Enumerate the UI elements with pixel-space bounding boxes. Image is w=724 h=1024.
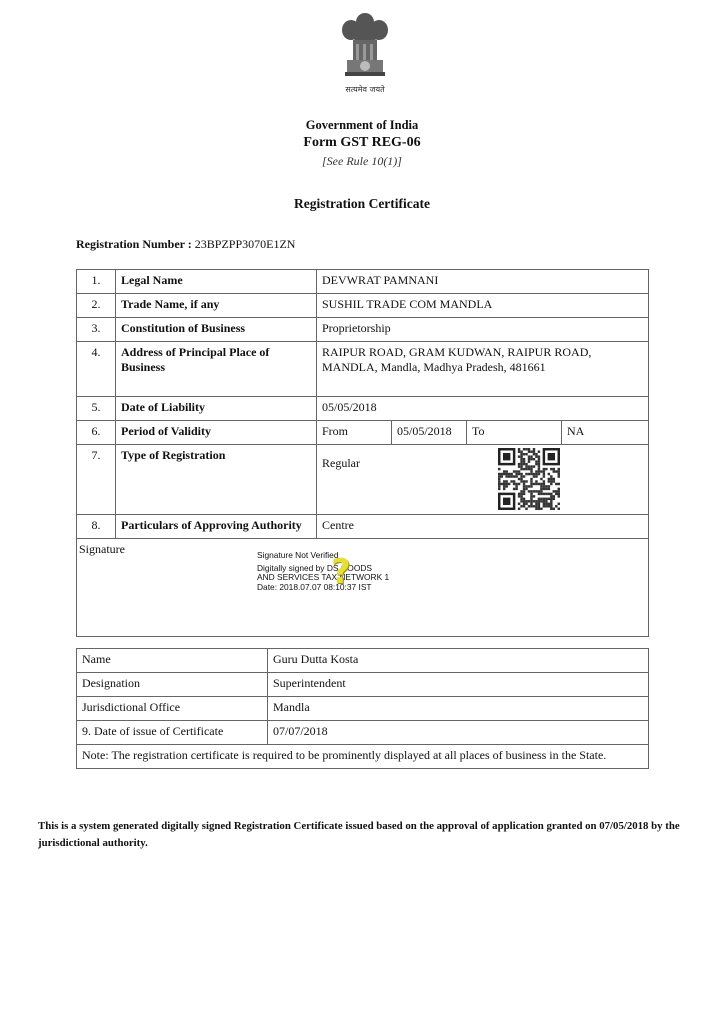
row-number: 2. <box>77 294 116 318</box>
row-number: 3. <box>77 318 116 342</box>
row-label: Constitution of Business <box>116 318 317 342</box>
rule-reference: [See Rule 10(1)] <box>0 154 724 169</box>
row-label: Legal Name <box>116 270 317 294</box>
digital-signature-block[interactable]: ? Signature Not Verified Digitally signe… <box>257 551 389 592</box>
designation-value: Superintendent <box>268 673 649 697</box>
table-row: 9. Date of issue of Certificate 07/07/20… <box>77 721 649 745</box>
row-label: Trade Name, if any <box>116 294 317 318</box>
registration-number-label: Registration Number : <box>76 237 192 251</box>
registration-number-value: 23BPZPP3070E1ZN <box>195 237 296 251</box>
approving-authority-value: Centre <box>317 515 649 539</box>
signature-label: Signature <box>79 542 125 556</box>
row-number: 7. <box>77 445 116 515</box>
designation-label: Designation <box>77 673 268 697</box>
question-mark-icon: ? <box>331 555 351 589</box>
table-row: 6. Period of Validity From 05/05/2018 To… <box>77 421 649 445</box>
note-text: Note: The registration certificate is re… <box>77 745 649 769</box>
table-row: Designation Superintendent <box>77 673 649 697</box>
form-name: Form GST REG-06 <box>0 135 724 151</box>
national-emblem-icon: सत्यमेव जयते <box>333 10 397 96</box>
row-label: Period of Validity <box>116 421 317 445</box>
table-row: Name Guru Dutta Kosta <box>77 649 649 673</box>
emblem-motto: सत्यमेव जयते <box>333 84 397 95</box>
table-row: 8. Particulars of Approving Authority Ce… <box>77 515 649 539</box>
lion-capital-icon <box>333 10 397 84</box>
government-heading: Government of India <box>0 118 724 133</box>
issue-date-value: 07/07/2018 <box>268 721 649 745</box>
table-row: Jurisdictional Office Mandla <box>77 697 649 721</box>
row-number: 1. <box>77 270 116 294</box>
row-label: Date of Liability <box>116 397 317 421</box>
validity-to-value: NA <box>562 421 649 445</box>
row-label: Particulars of Approving Authority <box>116 515 317 539</box>
row-number: 5. <box>77 397 116 421</box>
authority-name-label: Name <box>77 649 268 673</box>
validity-from-label: From <box>317 421 392 445</box>
row-number: 6. <box>77 421 116 445</box>
certificate-table: 1. Legal Name DEVWRAT PAMNANI 2. Trade N… <box>76 269 649 637</box>
footer-statement: This is a system generated digitally sig… <box>38 818 688 852</box>
registration-type-cell: Regular <box>317 445 649 515</box>
table-row: 2. Trade Name, if any SUSHIL TRADE COM M… <box>77 294 649 318</box>
registration-type-value: Regular <box>322 448 643 471</box>
validity-to-label: To <box>467 421 562 445</box>
table-row: 4. Address of Principal Place of Busines… <box>77 342 649 397</box>
signature-status: Signature Not Verified <box>257 551 389 561</box>
qr-code-icon <box>498 448 560 510</box>
row-label: Address of Principal Place of Business <box>116 342 317 397</box>
trade-name-value: SUSHIL TRADE COM MANDLA <box>317 294 649 318</box>
page-title: Registration Certificate <box>0 196 724 212</box>
table-row: 1. Legal Name DEVWRAT PAMNANI <box>77 270 649 294</box>
authority-table: Name Guru Dutta Kosta Designation Superi… <box>76 648 649 769</box>
signature-date: Date: 2018.07.07 08:10:37 IST <box>257 583 389 593</box>
row-label: Type of Registration <box>116 445 317 515</box>
signature-cell: Signature ? Signature Not Verified Digit… <box>77 539 649 637</box>
constitution-value: Proprietorship <box>317 318 649 342</box>
jurisdictional-office-value: Mandla <box>268 697 649 721</box>
issue-date-label: 9. Date of issue of Certificate <box>77 721 268 745</box>
table-row: Note: The registration certificate is re… <box>77 745 649 769</box>
date-of-liability-value: 05/05/2018 <box>317 397 649 421</box>
table-row: 7. Type of Registration Regular <box>77 445 649 515</box>
address-value: RAIPUR ROAD, GRAM KUDWAN, RAIPUR ROAD, M… <box>317 342 649 397</box>
validity-from-value: 05/05/2018 <box>392 421 467 445</box>
jurisdictional-office-label: Jurisdictional Office <box>77 697 268 721</box>
registration-number: Registration Number : 23BPZPP3070E1ZN <box>76 237 295 252</box>
authority-name-value: Guru Dutta Kosta <box>268 649 649 673</box>
row-number: 4. <box>77 342 116 397</box>
signature-row: Signature ? Signature Not Verified Digit… <box>77 539 649 637</box>
legal-name-value: DEVWRAT PAMNANI <box>317 270 649 294</box>
row-number: 8. <box>77 515 116 539</box>
table-row: 3. Constitution of Business Proprietorsh… <box>77 318 649 342</box>
table-row: 5. Date of Liability 05/05/2018 <box>77 397 649 421</box>
